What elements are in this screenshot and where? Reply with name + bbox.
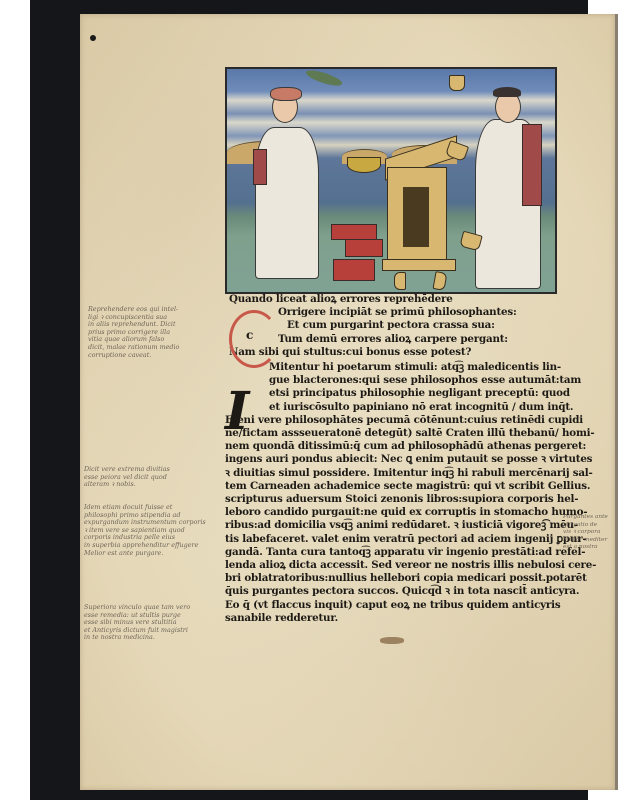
prose-line: etsi principatus philosophie negligant p…	[225, 387, 560, 400]
prose-line: bri oblatratoribus:nullius hellebori cop…	[225, 572, 560, 585]
guide-letter: c	[246, 329, 253, 342]
prose-line: q̄uis purgantes pectora succos. Quicq͡d …	[225, 585, 560, 598]
note-line: alteram ꝛ nobis.	[84, 481, 170, 489]
decorated-initial-i: I	[225, 386, 267, 438]
parchment-page: Quando liceat alioꝝ errores reprehēdere …	[80, 14, 615, 790]
marginal-note-2: Dicit vere extrema divitias esse peiora …	[84, 466, 170, 489]
note-line: est a nostra	[563, 544, 608, 552]
prose-line: Eteni vere philosophātes pecumā cōtēnunt…	[225, 414, 560, 427]
lectern-opening	[403, 187, 429, 247]
red-book-3	[333, 259, 375, 281]
prose-line: tis labefaceret. valet enim veratrū pect…	[225, 533, 560, 546]
note-line: Melior est ante purgare.	[84, 550, 206, 558]
woodcut-illustration	[225, 67, 557, 294]
figure-right-cap	[493, 87, 521, 97]
chapter-heading: Quando liceat alioꝝ errores reprehēdere	[225, 293, 560, 306]
figure-right-cloak	[522, 124, 542, 206]
verse-line: Orrigere incipiāt se primū philosophante…	[225, 306, 560, 319]
raised-cup-icon	[449, 75, 465, 91]
prose-line: scripturus aduersum Stoici zenonis libro…	[225, 493, 560, 506]
note-line: corruptione caveat.	[88, 352, 179, 360]
prose-line: ingens auri pondus abiecit: Nec ꝗ enim p…	[225, 453, 560, 466]
marginal-note-4: Superiora vinculo quae tam vero esse rem…	[84, 604, 190, 642]
prose-line: lenda alioꝝ dicta accessit. Sed vereor n…	[225, 559, 560, 572]
binding-hole	[90, 35, 96, 41]
note-line: Melior mediter	[563, 537, 608, 545]
prose-line: et iuriscōsulto papiniano nō erat incogn…	[225, 401, 560, 414]
prose-line: gue blacterones:qui sese philosophos ess…	[225, 374, 560, 387]
figure-left-turban	[270, 87, 302, 101]
rubricated-initial-c: c	[229, 310, 279, 368]
printed-text: Quando liceat alioꝝ errores reprehēdere …	[225, 293, 560, 625]
red-book-1	[331, 224, 377, 240]
prose-line: tem Carneaden achademice secte magistrū:…	[225, 480, 560, 493]
prose-line: ribus:ad domicilia vsq͡ꝫ animi redūdaret…	[225, 519, 560, 532]
note-line: in te nostra medicina.	[84, 634, 190, 642]
prose-line: Eo q̄ (vt flaccus inquit) caput eoꝝ ne t…	[225, 599, 560, 612]
lectern-base	[382, 259, 456, 271]
red-book-2	[345, 239, 383, 257]
prose-line: nem quondā ditissimū:q̄ cum ad philosoph…	[225, 440, 560, 453]
ink-stain	[380, 637, 404, 644]
note-line: vis ꝛ corpora	[563, 529, 608, 537]
note-line: Purgantes ante	[563, 514, 608, 522]
marginal-note-1: Reprehendere eos qui intel- ligi ꝛ concu…	[88, 306, 179, 359]
prose-line: leboro candido purgauit:ne quid ex corru…	[225, 506, 560, 519]
prose-line: sanabile redderetur.	[225, 612, 560, 625]
prose-line: gandā. Tanta cura tantoq͡ꝫ apparatu vir …	[225, 546, 560, 559]
fallen-cup-2-icon	[433, 271, 448, 291]
prose-line: Mitentur hi poetarum stimuli: atq͡ꝫ male…	[225, 361, 560, 374]
figure-left-cloth	[253, 149, 267, 185]
scan-frame: Quando liceat alioꝝ errores reprehēdere …	[30, 0, 588, 800]
prose-body: Mitentur hi poetarum stimuli: atq͡ꝫ male…	[225, 361, 560, 625]
basket-icon	[347, 157, 381, 173]
marginal-note-right: Purgantes ante purgatio de vis ꝛ corpora…	[563, 514, 608, 552]
branch-icon	[304, 67, 343, 88]
marginal-note-3: Idem etiam docuit fuisse et philosophi p…	[84, 504, 206, 557]
prose-line: ne/fictam assseueratonē detegūt) saltē C…	[225, 427, 560, 440]
prose-line: ꝛ diuitias simul possidere. Imitentur in…	[225, 467, 560, 480]
fallen-cup-1-icon	[394, 272, 406, 290]
note-line: purgatio de	[563, 522, 608, 530]
